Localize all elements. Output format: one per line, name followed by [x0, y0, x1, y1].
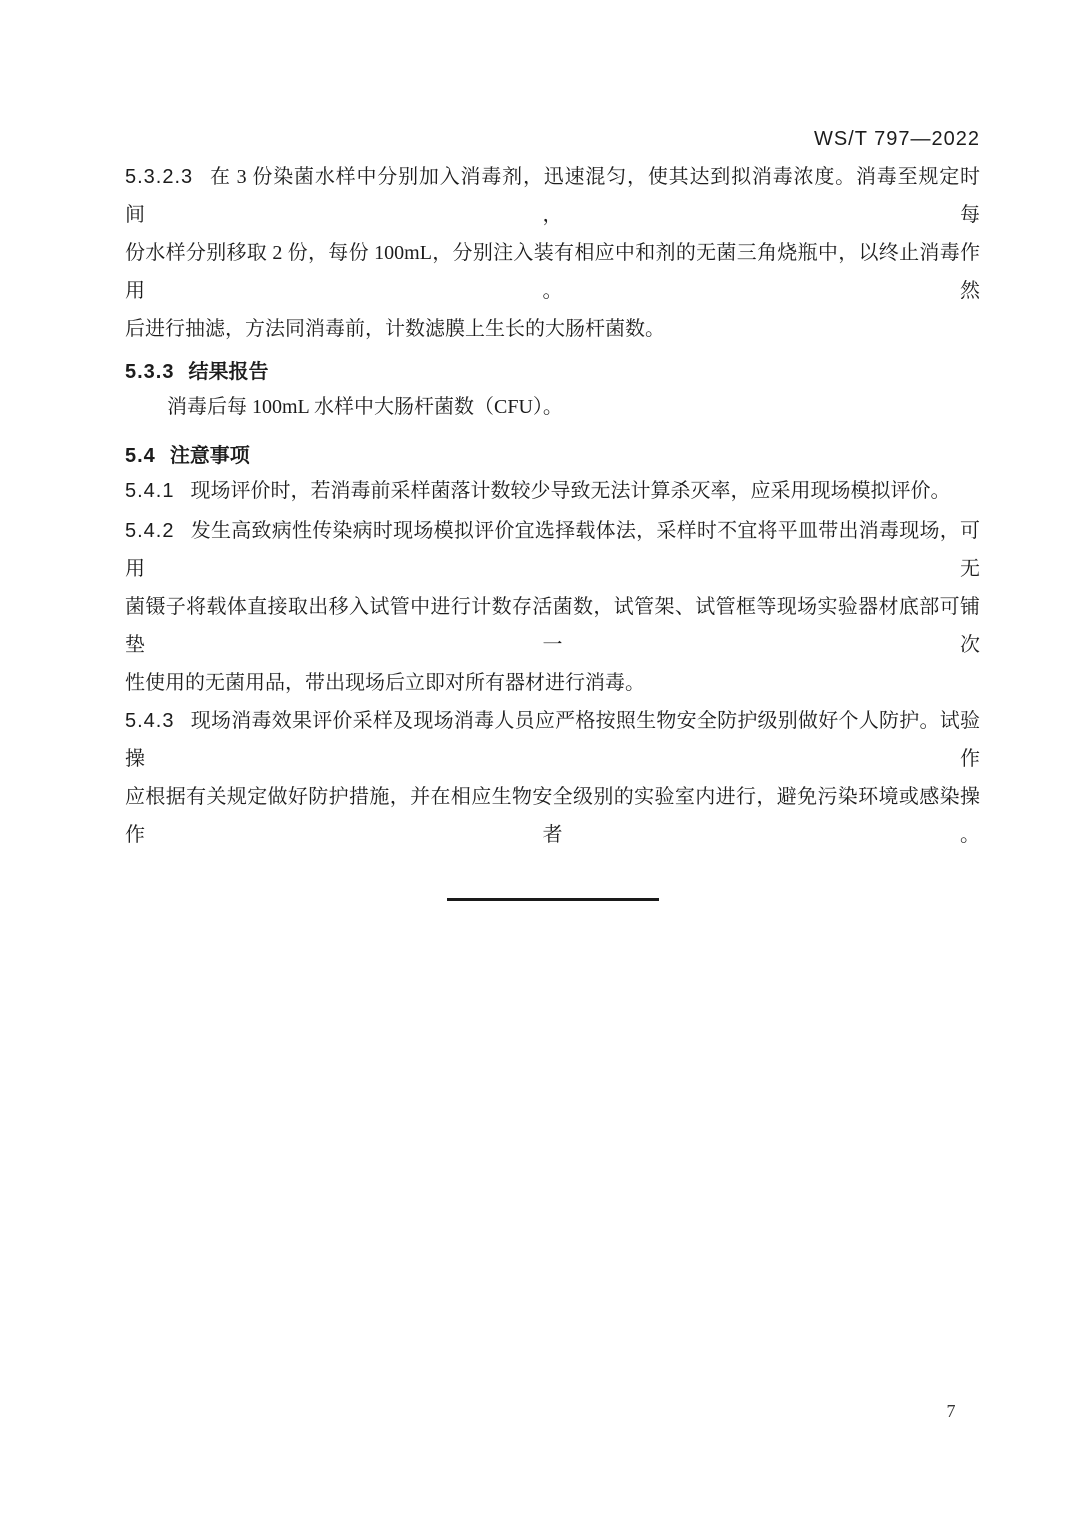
clause-number: 5.3.3	[125, 361, 174, 383]
end-of-document-rule	[447, 898, 659, 901]
clause-5-4-1: 5.4.1现场评价时，若消毒前采样菌落计数较少导致无法计算杀灭率，应采用现场模拟…	[125, 472, 980, 510]
paragraph-line: 5.3.2.3在 3 份染菌水样中分别加入消毒剂，迅速混匀，使其达到拟消毒浓度。…	[125, 158, 980, 234]
paragraph-line: 后进行抽滤，方法同消毒前，计数滤膜上生长的大肠杆菌数。	[125, 310, 980, 348]
clause-5-3-2-3: 5.3.2.3在 3 份染菌水样中分别加入消毒剂，迅速混匀，使其达到拟消毒浓度。…	[125, 158, 980, 348]
paragraph-line: 5.4.1现场评价时，若消毒前采样菌落计数较少导致无法计算杀灭率，应采用现场模拟…	[125, 472, 980, 510]
paragraph-line: 5.4.3现场消毒效果评价采样及现场消毒人员应严格按照生物安全防护级别做好个人防…	[125, 702, 980, 778]
heading-5-3-3: 5.3.3结果报告	[125, 358, 980, 386]
paragraph-line: 份水样分别移取 2 份，每份 100mL，分别注入装有相应中和剂的无菌三角烧瓶中…	[125, 234, 980, 310]
clause-number: 5.4	[125, 445, 156, 467]
clause-number: 5.3.2.3	[125, 166, 193, 188]
line-text: 发生高致病性传染病时现场模拟评价宜选择载体法，采样时不宜将平皿带出消毒现场，可用…	[125, 520, 980, 580]
clause-number: 5.4.2	[125, 520, 174, 542]
line-text: 现场评价时，若消毒前采样菌落计数较少导致无法计算杀灭率，应采用现场模拟评价。	[190, 480, 950, 502]
document-page: WS/T 797—2022 5.3.2.3在 3 份染菌水样中分别加入消毒剂，迅…	[0, 0, 1080, 1527]
heading-title: 结果报告	[188, 361, 268, 383]
clause-number: 5.4.1	[125, 480, 174, 502]
clause-number: 5.4.3	[125, 710, 174, 732]
paragraph-line: 应根据有关规定做好防护措施，并在相应生物安全级别的实验室内进行，避免污染环境或感…	[125, 778, 980, 854]
clause-5-4-2: 5.4.2发生高致病性传染病时现场模拟评价宜选择载体法，采样时不宜将平皿带出消毒…	[125, 512, 980, 702]
page-number: 7	[938, 1401, 964, 1422]
heading-5-4: 5.4注意事项	[125, 442, 980, 470]
paragraph-line: 菌镊子将载体直接取出移入试管中进行计数存活菌数，试管架、试管框等现场实验器材底部…	[125, 588, 980, 664]
line-text: 在 3 份染菌水样中分别加入消毒剂，迅速混匀，使其达到拟消毒浓度。消毒至规定时间…	[125, 166, 980, 226]
result-report-paragraph: 消毒后每 100mL 水样中大肠杆菌数（CFU）。	[125, 388, 980, 426]
standard-code-header: WS/T 797—2022	[125, 126, 980, 152]
clause-5-4-3: 5.4.3现场消毒效果评价采样及现场消毒人员应严格按照生物安全防护级别做好个人防…	[125, 702, 980, 854]
page-content: WS/T 797—2022 5.3.2.3在 3 份染菌水样中分别加入消毒剂，迅…	[125, 126, 980, 901]
line-text: 现场消毒效果评价采样及现场消毒人员应严格按照生物安全防护级别做好个人防护。试验操…	[125, 710, 980, 770]
paragraph-line: 性使用的无菌用品，带出现场后立即对所有器材进行消毒。	[125, 664, 980, 702]
paragraph-line: 5.4.2发生高致病性传染病时现场模拟评价宜选择载体法，采样时不宜将平皿带出消毒…	[125, 512, 980, 588]
heading-title: 注意事项	[170, 445, 250, 467]
paragraph-line: 消毒后每 100mL 水样中大肠杆菌数（CFU）。	[167, 388, 980, 426]
